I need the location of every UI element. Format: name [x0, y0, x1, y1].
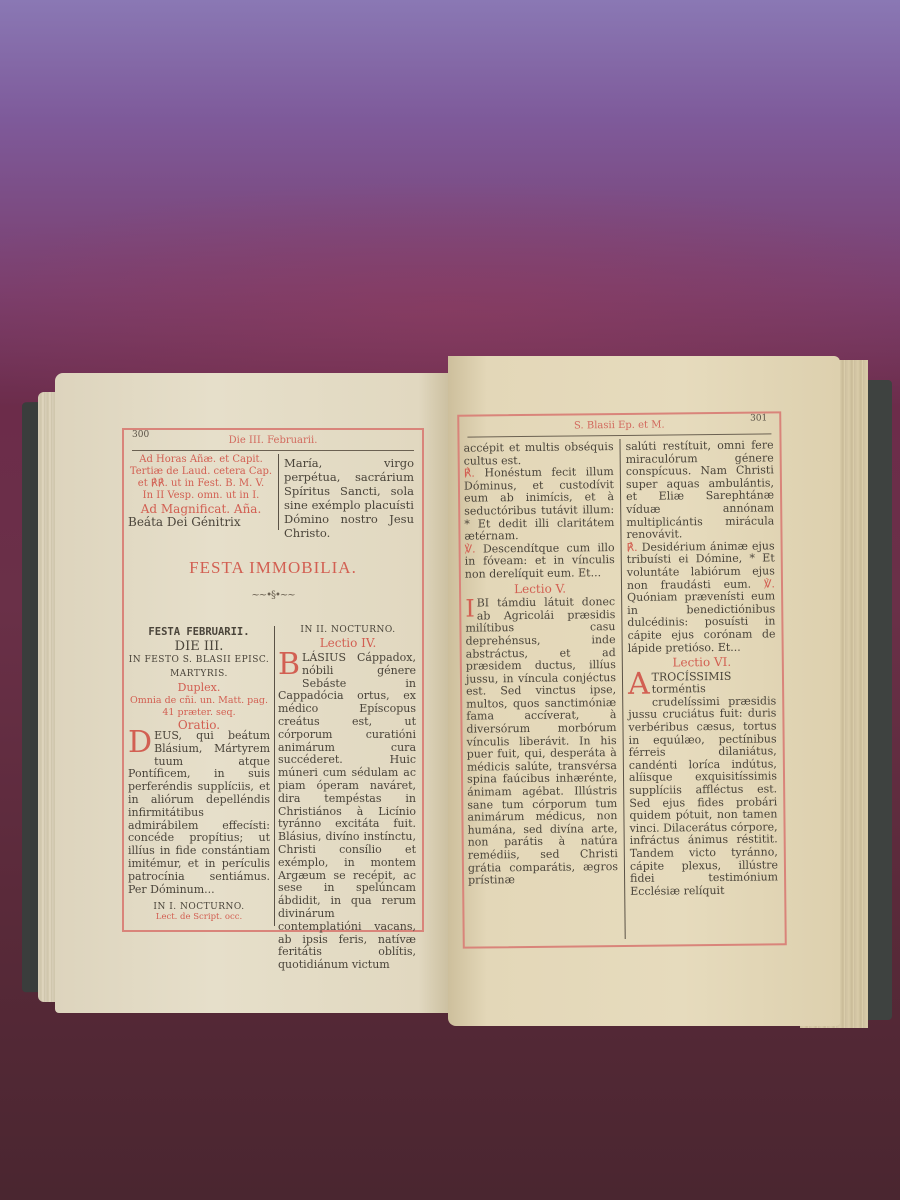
- drop-cap: D: [128, 730, 152, 756]
- drop-cap: B: [278, 652, 300, 678]
- page-number: 301: [750, 413, 767, 423]
- lectio-label: Lectio VI.: [628, 655, 776, 669]
- right-column-2: salúti restítuit, omni fere miraculórum …: [625, 439, 778, 898]
- drop-cap: A: [628, 671, 650, 697]
- feast-month-heading: FESTA FEBRUARII.: [128, 626, 270, 639]
- oratio: DEUS, qui beátum Blásium, Mártyrem tuum …: [128, 730, 270, 896]
- lectio-label: Lectio V.: [465, 582, 615, 596]
- column-rule: [278, 454, 279, 530]
- rubric-block: Ad Horas Añæ. et Capit. Tertiæ de Laud. …: [128, 454, 274, 528]
- running-head: S. Blasii Ep. et M.: [467, 415, 771, 437]
- right-page-frame: S. Blasii Ep. et M. 301 accépit et multi…: [457, 411, 787, 948]
- versicle-mark: ℣.: [465, 542, 476, 555]
- right-column-1: accépit et multis obséquis cultus est. ℟…: [464, 441, 619, 887]
- column-rule: [274, 626, 275, 926]
- section-title: FESTA IMMOBILIA.: [124, 558, 422, 578]
- antiphon-text: María, virgo perpétua, sacrárium Spíritu…: [284, 456, 414, 540]
- response-mark: ℟.: [464, 467, 475, 480]
- ornament: ~~•§•~~: [124, 590, 422, 601]
- lectio-iv: BLÁSIUS Cáppadox, nóbili génere Sebáste …: [278, 652, 416, 972]
- running-head: Die III. Februarii.: [132, 432, 414, 451]
- column-rule: [619, 439, 625, 939]
- antiphon-label: Ad Magnificat. Aña.: [128, 502, 274, 516]
- response-mark: ℟.: [627, 541, 638, 554]
- left-page-frame: 300 Die III. Februarii. Ad Horas Añæ. et…: [122, 428, 424, 932]
- feast-heading-block: FESTA FEBRUARII. DIE III. IN FESTO S. BL…: [128, 626, 270, 732]
- versicle-mark: ℣.: [764, 577, 775, 590]
- drop-cap: I: [465, 598, 475, 620]
